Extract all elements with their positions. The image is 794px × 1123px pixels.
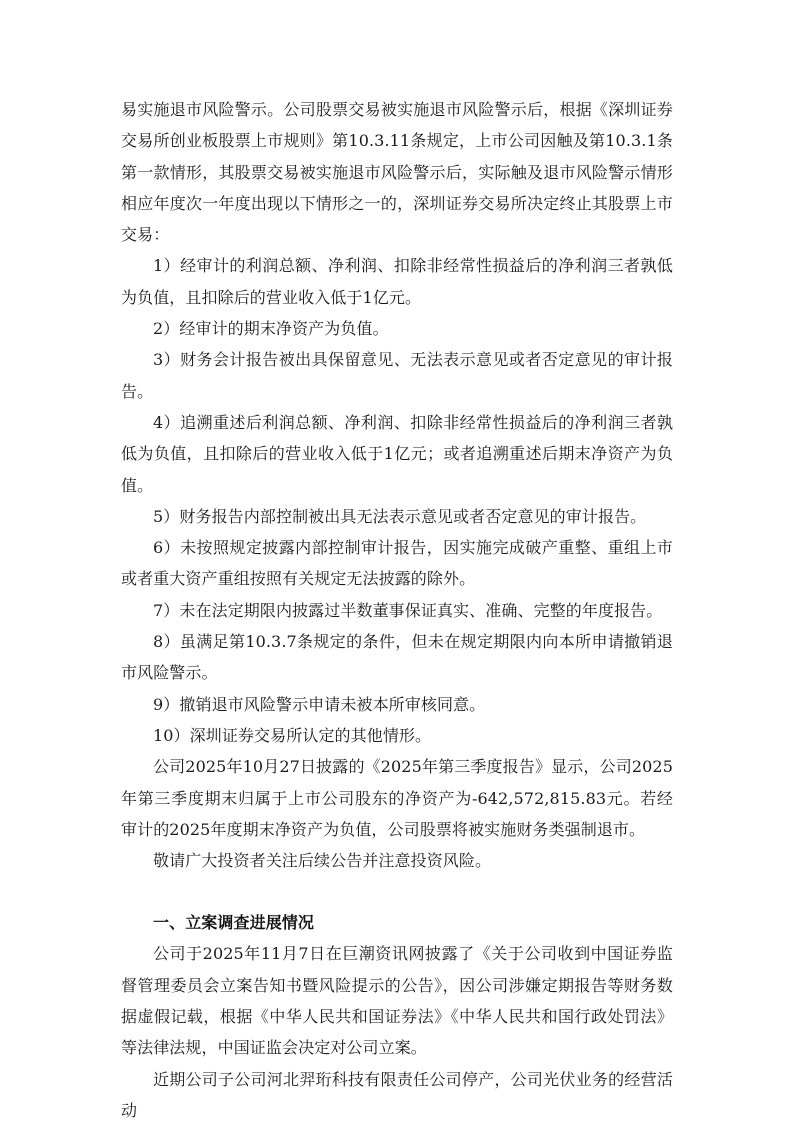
paragraph-subsidiary: 近期公司子公司河北羿珩科技有限责任公司停产，公司光伏业务的经营活动 <box>121 1064 673 1123</box>
paragraph-delisting-rule: 易实施退市风险警示。公司股票交易被实施退市风险警示后，根据《深圳证券交易所创业板… <box>121 94 673 250</box>
paragraph-q3-report: 公司2025年10月27日披露的《2025年第三季度报告》显示，公司2025年第… <box>121 751 673 845</box>
blank-line <box>121 876 673 907</box>
list-item-condition-1: 1）经审计的利润总额、净利润、扣除非经常性损益后的净利润三者孰低为负值，且扣除后… <box>121 250 673 313</box>
list-item-condition-6: 6）未按照规定披露内部控制审计报告，因实施完成破产重整、重组上市或者重大资产重组… <box>121 532 673 595</box>
list-item-condition-4: 4）追溯重述后利润总额、净利润、扣除非经常性损益后的净利润三者孰低为负值，且扣除… <box>121 407 673 501</box>
list-item-condition-10: 10）深圳证券交易所认定的其他情形。 <box>121 720 673 751</box>
list-item-condition-8: 8）虽满足第10.3.7条规定的条件，但未在规定期限内向本所申请撤销退市风险警示… <box>121 626 673 689</box>
section-heading: 一、立案调查进展情况 <box>121 907 673 938</box>
list-item-condition-9: 9）撤销退市风险警示申请未被本所审核同意。 <box>121 689 673 720</box>
list-item-condition-5: 5）财务报告内部控制被出具无法表示意见或者否定意见的审计报告。 <box>121 501 673 532</box>
paragraph-investigation: 公司于2025年11月7日在巨潮资讯网披露了《关于公司收到中国证券监督管理委员会… <box>121 938 673 1063</box>
list-item-condition-3: 3）财务会计报告被出具保留意见、无法表示意见或者否定意见的审计报告。 <box>121 344 673 407</box>
list-item-condition-2: 2）经审计的期末净资产为负值。 <box>121 313 673 344</box>
list-item-condition-7: 7）未在法定期限内披露过半数董事保证真实、准确、完整的年度报告。 <box>121 595 673 626</box>
paragraph-risk-notice: 敬请广大投资者关注后续公告并注意投资风险。 <box>121 845 673 876</box>
document-page: 易实施退市风险警示。公司股票交易被实施退市风险警示后，根据《深圳证券交易所创业板… <box>121 94 673 1123</box>
